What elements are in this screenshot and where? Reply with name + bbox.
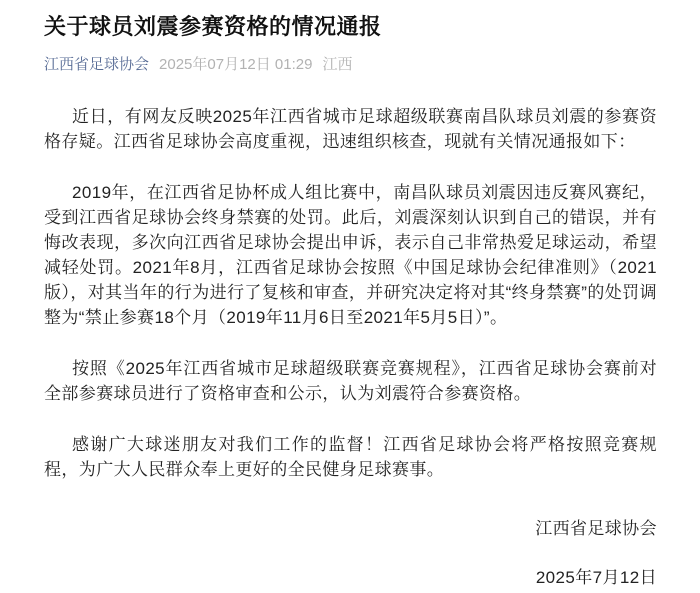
article-byline: 江西省足球协会 2025年07月12日 01:29 江西 — [44, 56, 657, 74]
signature-date: 2025年7月12日 — [44, 565, 657, 590]
paragraph-review: 按照《2025年江西省城市足球超级联赛竞赛规程》，江西省足球协会赛前对全部参赛球… — [44, 356, 657, 406]
paragraph-intro: 近日，有网友反映2025年江西省城市足球超级联赛南昌队球员刘震的参赛资格存疑。江… — [44, 104, 657, 154]
article-page: 关于球员刘震参赛资格的情况通报 江西省足球协会 2025年07月12日 01:2… — [0, 0, 700, 593]
article-content: 近日，有网友反映2025年江西省城市足球超级联赛南昌队球员刘震的参赛资格存疑。江… — [44, 104, 657, 590]
article-title: 关于球员刘震参赛资格的情况通报 — [44, 12, 657, 42]
publish-datetime: 2025年07月12日 01:29 — [159, 56, 312, 74]
paragraph-history: 2019年，在江西省足协杯成人组比赛中，南昌队球员刘震因违反赛风赛纪，受到江西省… — [44, 180, 657, 330]
signature: 江西省足球协会 — [44, 516, 657, 541]
account-name-link[interactable]: 江西省足球协会 — [44, 56, 149, 74]
paragraph-thanks: 感谢广大球迷朋友对我们工作的监督！江西省足球协会将严格按照竞赛规程，为广大人民群… — [44, 432, 657, 482]
publish-location: 江西 — [322, 56, 352, 74]
